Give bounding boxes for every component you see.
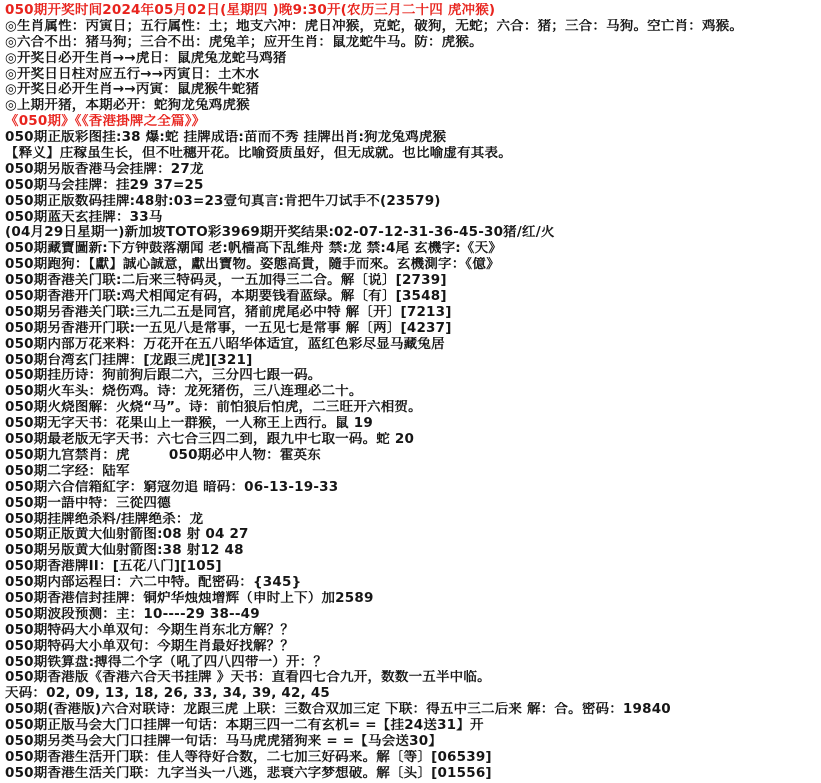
text-line-3: ◎六合不出：猪马狗；三合不出：虎兔羊；应开生肖：鼠龙蛇牛马。防：虎猴。 bbox=[5, 35, 819, 51]
text-line-14: 050期蓝天玄挂牌：33马 bbox=[5, 210, 819, 226]
lottery-tips-document: 050期开奖时间2024年05月02日(星期四 )晚9:30开(农历三月二十四 … bbox=[0, 0, 821, 783]
text-line-48: 050期香港生活开门联：佳人等待好合数，二七加三好码来。解〔等〕[06539] bbox=[5, 750, 819, 766]
text-line-43: 050期香港版《香港六合天书挂牌 》天书：直看四七合九开，数数一五半中临。 bbox=[5, 670, 819, 686]
text-line-19: 050期香港开门联:鸡犬相闻定有码，本期要钱看蓝绿。解〔有〕[3548] bbox=[5, 289, 819, 305]
text-line-24: 050期挂历诗：狗前狗后跟二六，三分四七跟一码。 bbox=[5, 368, 819, 384]
text-line-44: 天码：02, 09, 13, 18, 26, 33, 34, 39, 42, 4… bbox=[5, 686, 819, 702]
text-line-38: 050期香港信封挂牌：铜炉华烛烛增辉（申时上下）加2589 bbox=[5, 591, 819, 607]
text-line-31: 050期六合信箱紅字：窮寇勿追 暗码：06-13-19-33 bbox=[5, 480, 819, 496]
text-line-17: 050期跑狗：【獻】誠心誠意，獻出寶物。姿態高貴，隨手而來。玄機測字：《億》 bbox=[5, 257, 819, 273]
text-line-2: ◎生肖属性：丙寅日；五行属性：土；地支六冲：虎日冲猴，克蛇，破狗，无蛇；六合：猪… bbox=[5, 19, 819, 35]
text-line-30: 050期二字经：陆军 bbox=[5, 464, 819, 480]
text-line-39: 050期波段预测：主：10----29 38--49 bbox=[5, 607, 819, 623]
text-line-42: 050期铁算盘:搏得二个字（吼了四八四带一）开：？ bbox=[5, 655, 819, 671]
text-line-49: 050期香港生活关门联：九字当头一八逃，悲衰六字梦想破。解〔头〕[01556] bbox=[5, 766, 819, 782]
text-line-21: 050期另香港开门联:一五见八是常事，一五见七是常事 解〔两〕[4237] bbox=[5, 321, 819, 337]
text-line-46: 050期正版马会大门口挂牌一句话：本期三四一二有玄机= =【挂24送31】开 bbox=[5, 718, 819, 734]
text-line-18: 050期香港关门联:二后来三特码灵，一五加得三二合。解〔说〕[2739] bbox=[5, 273, 819, 289]
text-line-8: 《050期》《《香港掛牌之全篇》》 bbox=[5, 114, 819, 130]
text-line-29: 050期九宫禁肖：虎 050期必中人物：霍英东 bbox=[5, 448, 819, 464]
text-line-4: ◎开奖日必开生肖→→虎日：鼠虎兔龙蛇马鸡猪 bbox=[5, 51, 819, 67]
text-line-13: 050期正版数码挂牌:48射:03=23壹句真言:肯把牛刀试手不(23579) bbox=[5, 194, 819, 210]
text-line-26: 050期火烧图解：火烧“马”。诗：前怕狼后怕虎，二三旺开六相贺。 bbox=[5, 400, 819, 416]
text-line-16: 050期藏寶圖新:下方钟鼓落潮闻 老:帆樯高下乱维舟 禁:龙 禁:4尾 玄機字:… bbox=[5, 241, 819, 257]
text-line-5: ◎开奖日日柱对应五行→→丙寅日：土木水 bbox=[5, 67, 819, 83]
text-line-41: 050期特码大小单双句：今期生肖最好找解？？ bbox=[5, 639, 819, 655]
text-line-11: 050期另版香港马会挂牌：27龙 bbox=[5, 162, 819, 178]
text-line-37: 050期内部运程曰：六二中特。配密码：{345} bbox=[5, 575, 819, 591]
text-line-27: 050期无字天书：花果山上一群猴，一人称王上西行。鼠 19 bbox=[5, 416, 819, 432]
text-line-1: 050期开奖时间2024年05月02日(星期四 )晚9:30开(农历三月二十四 … bbox=[5, 3, 819, 19]
text-line-33: 050期挂牌绝杀料/挂牌绝杀：龙 bbox=[5, 512, 819, 528]
text-line-22: 050期内部万花来料：万花开在五八昭华体适宜，蓝红色彩尽显马藏兔居 bbox=[5, 337, 819, 353]
text-line-47: 050期另类马会大门口挂牌一句话：马马虎虎猪狗来 = =【马会送30】 bbox=[5, 734, 819, 750]
text-line-25: 050期火车头：烧伤鸡。诗：龙死猪伤，三八连理必二十。 bbox=[5, 384, 819, 400]
text-line-9: 050期正版彩图挂:38 爆:蛇 挂牌成语:苗而不秀 挂牌出肖:狗龙兔鸡虎猴 bbox=[5, 130, 819, 146]
text-line-45: 050期(香港版)六合对联诗：龙跟三虎 上联：三数合双加三定 下联：得五中三二后… bbox=[5, 702, 819, 718]
text-line-23: 050期台湾玄门挂牌：[龙跟三虎][321] bbox=[5, 353, 819, 369]
text-line-34: 050期正版黄大仙射箭图:08 射 04 27 bbox=[5, 527, 819, 543]
text-line-6: ◎开奖日必开生肖→→丙寅：鼠虎猴牛蛇猪 bbox=[5, 82, 819, 98]
text-line-32: 050期一語中特：三從四德 bbox=[5, 496, 819, 512]
text-line-15: (04月29日星期一)新加坡TOTO彩3969期开奖结果:02-07-12-31… bbox=[5, 225, 819, 241]
text-line-35: 050期另版黄大仙射箭图:38 射12 48 bbox=[5, 543, 819, 559]
text-line-20: 050期另香港关门联:三九二五是同宫，猪前虎尾必中特 解〔开〕[7213] bbox=[5, 305, 819, 321]
text-line-40: 050期特码大小单双句：今期生肖东北方解？？ bbox=[5, 623, 819, 639]
text-line-7: ◎上期开猪，本期必开：蛇狗龙兔鸡虎猴 bbox=[5, 98, 819, 114]
text-line-28: 050期最老版无字天书：六七合三四二到，跟九中七取一码。蛇 20 bbox=[5, 432, 819, 448]
text-line-36: 050期香港牌II：[五花八门][105] bbox=[5, 559, 819, 575]
text-line-12: 050期马会挂牌：挂29 37=25 bbox=[5, 178, 819, 194]
text-line-10: 【释义】庄稼虽生长，但不吐穗开花。比喻资质虽好，但无成就。也比喻虚有其表。 bbox=[5, 146, 819, 162]
